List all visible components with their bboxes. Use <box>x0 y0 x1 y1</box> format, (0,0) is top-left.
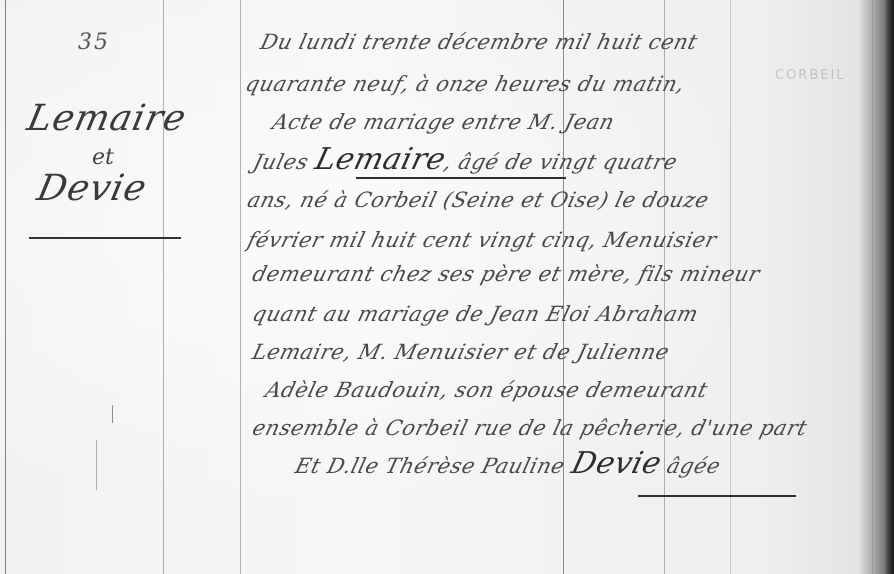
groom-name-underline <box>356 177 566 179</box>
ruled-line <box>730 0 731 574</box>
groom-surname: Lemaire <box>312 142 450 177</box>
text-line-11: ensemble à Corbeil rue de la pêcherie, d… <box>250 416 810 440</box>
text-fragment: âgée <box>657 454 723 478</box>
entry-number: 35 <box>78 30 110 55</box>
bride-surname: Devie <box>568 446 665 481</box>
ruled-line <box>163 0 164 574</box>
text-line-1: Du lundi trente décembre mil huit cent <box>258 30 700 54</box>
margin-groom-surname: Lemaire <box>24 98 191 139</box>
text-line-9: Lemaire, M. Menuisier et de Julienne <box>250 340 672 364</box>
margin-rule <box>29 237 181 239</box>
text-line-7: demeurant chez ses père et mère, fils mi… <box>250 262 763 286</box>
margin-bride-surname: Devie <box>34 168 151 209</box>
text-line-10: Adèle Baudouin, son épouse demeurant <box>263 378 710 402</box>
pen-mark <box>112 405 113 423</box>
text-line-8: quant au mariage de Jean Eloi Abraham <box>250 302 701 326</box>
text-line-2: quarante neuf, à onze heures du matin, <box>243 72 687 96</box>
register-page: CORBEIL 35 Lemaire et Devie Du lundi tre… <box>0 0 894 574</box>
text-line-5: ans, né à Corbeil (Seine et Oise) le dou… <box>245 188 712 212</box>
text-line-3: Acte de mariage entre M. Jean <box>270 110 617 134</box>
text-line-4: Jules Lemaire, âgé de vingt quatre <box>250 142 682 177</box>
text-fragment: , âgé de vingt quatre <box>441 150 680 174</box>
margin-conjunction: et <box>92 145 114 170</box>
text-fragment: Et D.lle Thérèse Pauline <box>293 454 575 478</box>
faded-stamp: CORBEIL <box>775 68 846 83</box>
ruled-line <box>240 0 241 574</box>
pen-mark <box>96 440 97 490</box>
text-line-12: Et D.lle Thérèse Pauline Devie âgée <box>292 446 725 481</box>
bride-name-underline <box>638 495 796 497</box>
text-fragment: Jules <box>251 150 319 174</box>
ruled-line <box>872 0 873 574</box>
page-edge-shadow <box>884 0 894 574</box>
ruled-line <box>5 0 6 574</box>
text-line-6: février mil huit cent vingt cinq, Menuis… <box>245 228 719 252</box>
